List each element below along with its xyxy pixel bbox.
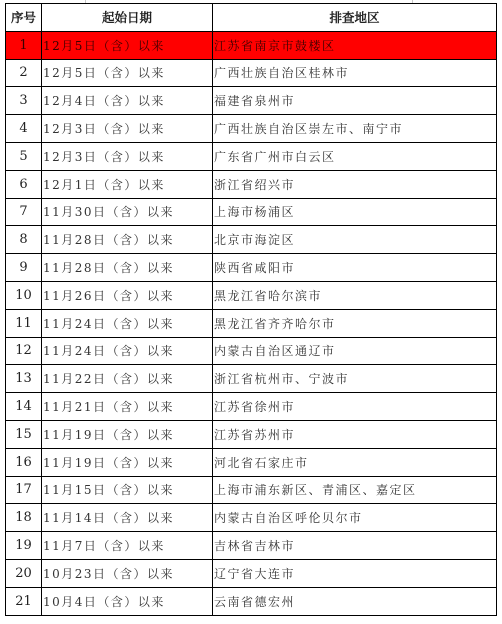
table-row: 1911月7日（含）以来吉林省吉林市 [6, 532, 497, 560]
screening-area-cell: 内蒙古自治区呼伦贝尔市 [213, 504, 497, 532]
screening-area-cell: 广东省广州市白云区 [213, 142, 497, 170]
screening-area-cell: 浙江省杭州市、宁波市 [213, 365, 497, 393]
serial-number-cell: 3 [6, 87, 42, 115]
start-date-cell: 12月5日（含）以来 [42, 59, 213, 87]
serial-number-cell: 10 [6, 281, 42, 309]
serial-number-cell: 18 [6, 504, 42, 532]
table-row: 1311月22日（含）以来浙江省杭州市、宁波市 [6, 365, 497, 393]
start-date-cell: 11月24日（含）以来 [42, 337, 213, 365]
serial-number-cell: 9 [6, 254, 42, 282]
serial-number-cell: 16 [6, 448, 42, 476]
start-date-cell: 10月4日（含）以来 [42, 587, 213, 615]
screening-area-cell: 云南省德宏州 [213, 587, 497, 615]
start-date-cell: 11月22日（含）以来 [42, 365, 213, 393]
start-date-cell: 11月7日（含）以来 [42, 532, 213, 560]
table-row: 1611月19日（含）以来河北省石家庄市 [6, 448, 497, 476]
serial-number-cell: 19 [6, 532, 42, 560]
start-date-cell: 12月4日（含）以来 [42, 87, 213, 115]
start-date-cell: 12月3日（含）以来 [42, 142, 213, 170]
table-row: 711月30日（含）以来上海市杨浦区 [6, 198, 497, 226]
screening-area-cell: 吉林省吉林市 [213, 532, 497, 560]
table-row: 112月5日（含）以来江苏省南京市鼓楼区 [6, 31, 497, 59]
table-row: 212月5日（含）以来广西壮族自治区桂林市 [6, 59, 497, 87]
screening-area-cell: 广西壮族自治区崇左市、南宁市 [213, 115, 497, 143]
start-date-cell: 12月3日（含）以来 [42, 115, 213, 143]
screening-area-cell: 广西壮族自治区桂林市 [213, 59, 497, 87]
start-date-cell: 11月24日（含）以来 [42, 309, 213, 337]
screening-area-cell: 上海市杨浦区 [213, 198, 497, 226]
start-date-cell: 11月15日（含）以来 [42, 476, 213, 504]
header-serial-number: 序号 [6, 4, 42, 32]
table-row: 911月28日（含）以来陕西省咸阳市 [6, 254, 497, 282]
serial-number-cell: 12 [6, 337, 42, 365]
serial-number-cell: 7 [6, 198, 42, 226]
screening-area-cell: 内蒙古自治区通辽市 [213, 337, 497, 365]
start-date-cell: 11月14日（含）以来 [42, 504, 213, 532]
table-row: 512月3日（含）以来广东省广州市白云区 [6, 142, 497, 170]
table-header-row: 序号 起始日期 排查地区 [6, 4, 497, 32]
serial-number-cell: 2 [6, 59, 42, 87]
start-date-cell: 12月1日（含）以来 [42, 170, 213, 198]
start-date-cell: 11月19日（含）以来 [42, 448, 213, 476]
serial-number-cell: 6 [6, 170, 42, 198]
start-date-cell: 12月5日（含）以来 [42, 31, 213, 59]
start-date-cell: 11月28日（含）以来 [42, 226, 213, 254]
screening-area-cell: 黑龙江省齐齐哈尔市 [213, 309, 497, 337]
table-row: 2010月23日（含）以来辽宁省大连市 [6, 559, 497, 587]
screening-area-cell: 浙江省绍兴市 [213, 170, 497, 198]
table-row: 811月28日（含）以来北京市海淀区 [6, 226, 497, 254]
serial-number-cell: 21 [6, 587, 42, 615]
screening-areas-table: 序号 起始日期 排查地区 112月5日（含）以来江苏省南京市鼓楼区212月5日（… [5, 3, 497, 616]
header-start-date: 起始日期 [42, 4, 213, 32]
start-date-cell: 11月30日（含）以来 [42, 198, 213, 226]
start-date-cell: 11月21日（含）以来 [42, 393, 213, 421]
serial-number-cell: 14 [6, 393, 42, 421]
serial-number-cell: 5 [6, 142, 42, 170]
serial-number-cell: 15 [6, 420, 42, 448]
screening-area-cell: 辽宁省大连市 [213, 559, 497, 587]
screening-area-cell: 福建省泉州市 [213, 87, 497, 115]
screening-area-cell: 江苏省南京市鼓楼区 [213, 31, 497, 59]
serial-number-cell: 8 [6, 226, 42, 254]
table-row: 2110月4日（含）以来云南省德宏州 [6, 587, 497, 615]
screening-area-cell: 江苏省徐州市 [213, 393, 497, 421]
table-row: 1011月26日（含）以来黑龙江省哈尔滨市 [6, 281, 497, 309]
screening-area-cell: 江苏省苏州市 [213, 420, 497, 448]
table-row: 1411月21日（含）以来江苏省徐州市 [6, 393, 497, 421]
screening-area-cell: 上海市浦东新区、青浦区、嘉定区 [213, 476, 497, 504]
header-screening-area: 排查地区 [213, 4, 497, 32]
serial-number-cell: 4 [6, 115, 42, 143]
serial-number-cell: 1 [6, 31, 42, 59]
screening-area-cell: 黑龙江省哈尔滨市 [213, 281, 497, 309]
start-date-cell: 10月23日（含）以来 [42, 559, 213, 587]
start-date-cell: 11月28日（含）以来 [42, 254, 213, 282]
screening-area-cell: 河北省石家庄市 [213, 448, 497, 476]
screening-area-cell: 陕西省咸阳市 [213, 254, 497, 282]
serial-number-cell: 13 [6, 365, 42, 393]
serial-number-cell: 17 [6, 476, 42, 504]
table-row: 1511月19日（含）以来江苏省苏州市 [6, 420, 497, 448]
start-date-cell: 11月26日（含）以来 [42, 281, 213, 309]
table-row: 1211月24日（含）以来内蒙古自治区通辽市 [6, 337, 497, 365]
serial-number-cell: 11 [6, 309, 42, 337]
table-row: 312月4日（含）以来福建省泉州市 [6, 87, 497, 115]
table-row: 412月3日（含）以来广西壮族自治区崇左市、南宁市 [6, 115, 497, 143]
table-row: 1111月24日（含）以来黑龙江省齐齐哈尔市 [6, 309, 497, 337]
table-row: 1711月15日（含）以来上海市浦东新区、青浦区、嘉定区 [6, 476, 497, 504]
screening-area-cell: 北京市海淀区 [213, 226, 497, 254]
start-date-cell: 11月19日（含）以来 [42, 420, 213, 448]
table-row: 1811月14日（含）以来内蒙古自治区呼伦贝尔市 [6, 504, 497, 532]
serial-number-cell: 20 [6, 559, 42, 587]
table-row: 612月1日（含）以来浙江省绍兴市 [6, 170, 497, 198]
